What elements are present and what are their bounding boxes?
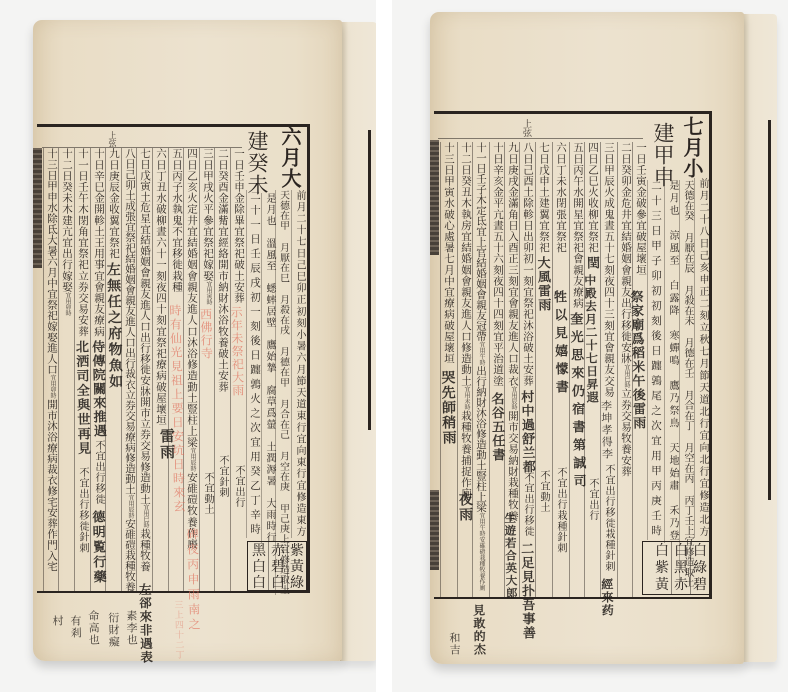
frame-bottom-rule xyxy=(434,597,712,599)
day-entry-note: 宜用辰時 xyxy=(127,495,134,519)
left-photo-panel: 六月大 建癸未 上弦 前月二十七日己巳卯正初刻小暑六月節天道東行宜向東行宜修造東… xyxy=(0,0,376,692)
nine-star-cell: 紫 xyxy=(655,560,669,576)
day-column-6: 六日丁丑水破柳晝六十一刻夜四十刻宜祭祀療病破屋壞垣 xyxy=(152,148,168,591)
month-title: 六月大 xyxy=(278,126,302,189)
nine-star-column: 赤 碧 白 xyxy=(268,542,287,590)
next-page-frame-line xyxy=(368,130,371,430)
day-entry-text: 十一日壬子木定氐宜上官結婚姻會親友冠帶 xyxy=(475,142,487,342)
next-page-frame-line xyxy=(768,120,771,500)
nine-star-cell: 碧 xyxy=(693,577,707,593)
nine-star-cell: 白 xyxy=(674,543,688,559)
day-column-3: 三日甲辰火成鬼晝五十七刻夜四十三刻宜會親友交易 不宜出行移徙栽種針刺 xyxy=(600,142,616,597)
day-entry-text: 九日庚戌金滿角日入酉正三刻宜會親友進人口裁衣 xyxy=(507,142,519,386)
day-entry-text: 十日辛亥金平亢晝五十六刻夜四十四刻宜平治道塗 xyxy=(492,142,504,386)
handwritten-annotation: 閏 xyxy=(584,256,599,270)
sun-entry-column: 二十一日壬辰戌初一刻後日躔鶉火之次宜用癸乙丁辛時 xyxy=(246,190,261,538)
day-entry: 十一日壬子木定氐宜上官結婚姻會親友冠帶宜用午時出行納財沐浴修造動土豎柱上梁宜用午… xyxy=(474,142,488,591)
day-entry: 十一日壬午木閉角宜祭祀立券交易安葬 xyxy=(76,148,89,337)
handwritten-annotation: 哭先師稍雨 xyxy=(439,370,457,445)
handwritten-annotation: 有剎 xyxy=(68,615,83,639)
day-avoid-text: 不宜出行移徙 xyxy=(521,472,534,537)
next-page-edge xyxy=(742,14,777,662)
handwritten-annotation: 大風雷雨 xyxy=(534,256,550,312)
day-entry-text: 八日己酉土除軫日出卯初一刻宜祭祀沐浴破土安葬 xyxy=(522,142,534,386)
nine-star-cell: 黑 xyxy=(252,543,266,559)
solar-term-column: 前月二十七日己巳卯正初刻小暑六月節天道東行宜向東行宜修造東方 xyxy=(291,190,306,538)
nine-star-grid: 紫 黃 綠 赤 碧 白 黑 白 白 xyxy=(247,541,307,591)
frame-right-rule xyxy=(709,111,712,599)
nine-star-cell: 赤 xyxy=(674,577,688,593)
day-entry-continuation: 栽種牧養捕捉作廁 xyxy=(460,410,472,499)
moon-phase-label: 上弦 xyxy=(108,131,117,147)
handwritten-annotation: 素李也 xyxy=(124,610,140,646)
day-entry-note: 宜用辰時 xyxy=(510,386,517,410)
handwritten-annotation: 見敢的杰 xyxy=(470,604,486,656)
nine-star-cell: 白 xyxy=(693,543,707,559)
day-entry-continuation: 開市交易納財栽種牧養 xyxy=(507,410,519,521)
day-entry-continuation: 開市沐浴療病裁衣修宅安葬作門入宅 xyxy=(46,399,58,572)
day-column-8: 八日己酉土除軫日出卯初一刻宜祭祀沐浴破土安葬 不宜出行移徙 xyxy=(519,142,535,597)
day-column-11: 十一日壬子木定氐宜上官結婚姻會親友冠帶宜用午時出行納財沐浴修造動土豎柱上梁宜用午… xyxy=(472,142,488,597)
nine-star-column: 白 綠 碧 xyxy=(690,542,709,594)
day-entry-text: 二日癸酉金滿觜宜經絡開市納財沐浴牧養破土安葬 xyxy=(217,148,229,392)
nine-star-grid: 白 綠 碧 白 黑 赤 白 紫 黃 xyxy=(642,541,710,595)
day-avoid-text: 不宜動土 xyxy=(201,472,214,515)
day-entry-note: 宜用巳時 xyxy=(142,504,149,528)
day-entry-continuation: 出行納財沐浴修造動土豎柱上梁 xyxy=(475,366,487,513)
handwritten-annotation: 北洒司全與世再見 xyxy=(73,340,90,456)
handwritten-annotation: 衍財癡 xyxy=(106,612,122,648)
nine-star-cell: 黃 xyxy=(655,577,669,593)
handwritten-annotation: 侍傳院關來推遇 xyxy=(89,340,106,438)
day-entry: 六日丁未水閉張宜祭祀 xyxy=(554,142,567,253)
day-entry: 九日庚戌金滿角日入酉正三刻宜會親友進人口裁衣宜用辰時開市交易納財栽種牧養 xyxy=(506,142,520,521)
nine-star-cell: 白 xyxy=(252,559,266,575)
day-entry: 十日辛巳金開軫土王用事宜會親友療病 xyxy=(92,148,105,337)
day-entry-text: 十三日甲寅水破心處暑七月中宜療病破屋壞垣 xyxy=(443,142,455,364)
nine-star-cell: 白 xyxy=(252,575,266,591)
day-entry: 十二日癸丑木執房宜結婚姻會親友進人口修造動土宜用未時栽種牧養捕捉作廁 xyxy=(459,142,473,499)
nine-star-cell: 黃 xyxy=(290,559,304,575)
day-entry-text: 三日甲辰火成鬼晝五十七刻夜四十三刻宜會親友交易 xyxy=(603,142,615,397)
day-column-12: 十二日癸未木建亢宜出行嫁娶宜用卯時 xyxy=(58,148,74,591)
day-entry-note: 宜用寅時 xyxy=(205,281,212,305)
day-entry: 一日壬寅金破參宜破屋壞垣 xyxy=(634,142,647,275)
day-entry-text: 八日己卯土成張宜祭祀結婚姻會親友進人口出行裁衣立券交易療病修造動土 xyxy=(124,148,136,495)
day-entry-text: 三日甲戌火平參宜祭祀嫁娶 xyxy=(202,148,214,281)
nine-star-cell: 碧 xyxy=(271,559,285,575)
day-entry-text: 六日丁丑水破柳晝六十一刻夜四十刻宜祭祀療病破屋壞垣 xyxy=(155,148,167,426)
day-entry-text: 一日壬寅金破參宜破屋壞垣 xyxy=(635,142,647,275)
handwritten-annotation: 名谷五任書 xyxy=(488,392,504,462)
handwritten-annotation: 李坤孝得李 xyxy=(599,400,613,460)
day-entry: 三日甲戌火平參宜祭祀嫁娶宜用寅時 xyxy=(201,148,215,305)
day-avoid-text: 不宜動土 xyxy=(537,470,550,513)
spirits-column: 天德在癸 月厭在辰 月殺在未 月德在壬 月合在丁 月空在丙 丙丁壬上宜修造取土 xyxy=(679,180,694,588)
day-avoid-text: 不宜出行移徙栽種針刺 xyxy=(602,464,615,572)
frame-right-rule xyxy=(307,124,310,593)
day-entry: 五日丙子水執鬼不宜移徙栽種 xyxy=(170,148,183,292)
day-column-13: 十三日甲申水除氐大暑六月中宜祭祀嫁娶進人口宜用卯時開市沐浴療病裁衣修宅安葬作門入… xyxy=(43,148,59,591)
handwritten-annotation: 雷雨 xyxy=(158,428,176,460)
month-pillar: 建癸未 xyxy=(244,130,270,196)
day-entry: 十日辛亥金平亢晝五十六刻夜四十四刻宜平治道塗 xyxy=(491,142,504,386)
nine-star-cell: 黑 xyxy=(674,560,688,576)
day-entry-text: 七日戊寅土危星宜結婚姻會親友進人口出行移徙安牀開市立券交易修造動土 xyxy=(139,148,151,504)
day-entry: 二日癸酉金滿觜宜經絡開市納財沐浴牧養破土安葬 xyxy=(216,148,229,392)
handwritten-annotation: 中殿去月二十七日昇遐 xyxy=(583,274,600,404)
day-entry-note: 宜用未時 xyxy=(463,386,470,410)
day-avoid-text: 不宜出行栽種針刺 xyxy=(554,467,567,553)
day-entry-note: 宜用午時安碓磑栽種牧養作廁 xyxy=(478,513,485,591)
binding-edge xyxy=(33,148,42,268)
month-title: 七月小 xyxy=(680,116,704,179)
handwritten-annotation: 經來药 xyxy=(600,578,615,617)
day-entry-text: 十一日壬午木閉角宜祭祀立券交易安葬 xyxy=(77,148,89,337)
handwritten-annotation: 牲以見嬉懞書 xyxy=(551,290,568,398)
day-entry: 十二日癸未木建亢宜出行嫁娶宜用卯時 xyxy=(60,148,74,316)
day-entry-note: 宜用卯時 xyxy=(64,292,71,316)
solar-term-column: 前月二十八日己亥申正二刻立秋七月節天道北行宜向北行宜修造北方 xyxy=(694,178,709,538)
day-entry-continuation: 栽種牧養 xyxy=(139,528,151,571)
day-entry-text: 十日辛巳金開軫土王用事宜會親友療病 xyxy=(93,148,105,337)
day-entry: 七日戊申土建翼宜祭祀 xyxy=(537,142,550,253)
day-column-7: 七日戊寅土危星宜結婚姻會親友進人口出行移徙安牀開市立券交易修造動土宜用巳時栽種牧… xyxy=(136,148,152,591)
day-avoid-text: 不宜出行 xyxy=(232,465,245,508)
sun-entry-column: 二十三日甲子卯初初刻後日躔鶉尾之次宜用甲丙庚壬時 xyxy=(647,180,662,540)
day-avoid-text: 不宜出行移徙 xyxy=(92,440,105,505)
day-entry: 四日乙亥火定井宜結婚姻會親友進人口沐浴修造動土豎柱上梁宜用辰時安碓磑牧養作廄 xyxy=(185,148,199,549)
nine-star-cell: 紫 xyxy=(290,543,304,559)
day-column-2: 二日癸酉金滿觜宜經絡開市納財沐浴牧養破土安葬 不宜針刺 xyxy=(214,148,230,591)
day-entry: 四日乙巳火收柳宜祭祀 xyxy=(586,142,599,253)
day-entry: 三日甲辰火成鬼晝五十七刻夜四十三刻宜會親友交易 xyxy=(602,142,615,397)
right-photo-panel: 七月小 建甲申 上弦 前月二十八日己亥申正二刻立秋七月節天道北行宜向北行宜修造北… xyxy=(392,0,788,692)
day-column-12: 十二日癸丑木執房宜結婚姻會親友進人口修造動土宜用未時栽種牧養捕捉作廁 xyxy=(457,142,473,597)
day-column-7: 七日戊申土建翼宜祭祀 不宜動土 xyxy=(535,142,551,597)
day-entry-text: 七日戊申土建翼宜祭祀 xyxy=(538,142,550,253)
day-entry-note: 宜用辰時 xyxy=(189,448,196,472)
day-entry: 八日己卯土成張宜祭祀結婚姻會親友進人口出行裁衣立券交易療病修造動土宜用辰時安碓磑… xyxy=(123,148,137,592)
nine-star-column: 黑 白 白 xyxy=(250,542,268,590)
moon-phase-label: 上弦 xyxy=(521,119,531,137)
day-entry-text: 六日丁未水閉張宜祭祀 xyxy=(555,142,567,253)
handwritten-annotation: 示年未祭祀大雨 xyxy=(229,306,245,397)
day-entry-text: 四日乙巳火收柳宜祭祀 xyxy=(587,142,599,253)
handwritten-annotation: 二足見扑吾事善 xyxy=(518,542,535,640)
handwritten-annotation: 夜雨 xyxy=(457,492,473,522)
nine-star-cell: 綠 xyxy=(693,560,707,576)
day-entry-text: 十二日癸丑木執房宜結婚姻會親友進人口修造動土 xyxy=(460,142,472,386)
day-avoid-text: 不宜出行 xyxy=(586,478,599,521)
day-entry: 六日丁丑水破柳晝六十一刻夜四十刻宜祭祀療病破屋壞垣 xyxy=(154,148,167,426)
day-area-top-rule xyxy=(438,138,643,139)
phenology-column: 是月也 涼風至 白露降 寒蟬鳴 鷹乃祭鳥 天地始肅 禾乃登 xyxy=(664,180,679,543)
handwritten-annotation: 三上四十二丁 xyxy=(171,600,183,660)
nine-star-column: 紫 黃 綠 xyxy=(287,542,306,590)
day-entry-continuation: 安碓磑栽種牧養 xyxy=(124,519,136,593)
handwritten-annotation: 村中過舒兰都 xyxy=(518,390,535,474)
handwritten-annotation: 左郤來非遇表 xyxy=(137,583,154,664)
nine-star-cell: 白 xyxy=(271,575,285,591)
day-avoid-text: 不宜針刺 xyxy=(216,455,229,498)
month-pillar: 建甲申 xyxy=(650,122,676,188)
day-column-8: 八日己卯土成張宜祭祀結婚姻會親友進人口出行裁衣立券交易療病修造動土宜用辰時安碓磑… xyxy=(121,148,137,591)
day-entry: 八日己酉土除軫日出卯初一刻宜祭祀沐浴破土安葬 xyxy=(521,142,534,386)
nine-star-cell: 綠 xyxy=(290,575,304,591)
day-entry-text: 四日乙亥火定井宜結婚姻會親友進人口沐浴修造動土豎柱上梁 xyxy=(186,148,198,448)
handwritten-annotation: 村 xyxy=(50,615,65,627)
binding-edge xyxy=(430,490,439,570)
spirits-column: 天德在甲 月厭在巳 月殺在戌 月德在甲 月合在己 月空在庚 甲己庚上宜修造取土 xyxy=(275,190,290,595)
handwritten-annotation: 西佛行寺 xyxy=(198,308,213,360)
nine-star-column: 白 紫 黃 xyxy=(653,542,671,594)
nine-star-cell: 白 xyxy=(655,543,669,559)
day-entry-text: 九日庚辰金收翼宜祭祀 xyxy=(108,148,120,259)
handwritten-annotation: 碑夜丙申雨南之 xyxy=(185,528,201,633)
handwritten-annotation: 祭家廟爲稻米午後雷雨 xyxy=(628,290,646,430)
handwritten-annotation: 德明覧行藥 xyxy=(89,510,106,585)
day-entry: 十三日甲寅水破心處暑七月中宜療病破屋壞垣 xyxy=(442,142,455,364)
day-entry-note: 宜用卯時 xyxy=(49,375,56,399)
day-entry: 十三日甲申水除氐大暑六月中宜祭祀嫁娶進人口宜用卯時開市沐浴療病裁衣修宅安葬作門入… xyxy=(45,148,59,572)
nine-star-column: 白 黑 赤 xyxy=(671,542,690,594)
day-entry: 一日壬申金除畢宜祭祀破土安葬 xyxy=(232,148,245,303)
day-entry-text: 十二日癸未木建亢宜出行嫁娶 xyxy=(61,148,73,292)
frame-top-rule xyxy=(37,124,310,127)
day-column-3: 三日甲戌火平參宜祭祀嫁娶宜用寅時 不宜動土 xyxy=(199,148,215,591)
binding-edge xyxy=(430,140,439,255)
frame-bottom-rule xyxy=(37,591,310,593)
handwritten-annotation: 生遊若合英大郎 xyxy=(503,512,519,600)
handwritten-annotation: 左無任之府物魚如 xyxy=(105,262,123,390)
nine-star-cell: 赤 xyxy=(271,543,285,559)
day-entry-note: 宜用午時 xyxy=(478,342,485,366)
day-entry: 九日庚辰金收翼宜祭祀 xyxy=(107,148,120,259)
day-column-4: 四日乙亥火定井宜結婚姻會親友進人口沐浴修造動土豎柱上梁宜用辰時安碓磑牧養作廄 xyxy=(183,148,199,591)
day-entry: 七日戊寅土危星宜結婚姻會親友進人口出行移徙安牀開市立券交易修造動土宜用巳時栽種牧… xyxy=(138,148,152,572)
day-entry-text: 十三日甲申水除氐大暑六月中宜祭祀嫁娶進人口 xyxy=(46,148,58,375)
handwritten-annotation: 命高也 xyxy=(86,610,102,646)
day-entry-text: 五日丙子水執鬼不宜移徙栽種 xyxy=(171,148,183,292)
frame-top-rule xyxy=(434,111,712,114)
day-avoid-text: 不宜出行移徙針刺 xyxy=(76,467,89,553)
handwritten-annotation: 和吉 xyxy=(447,632,462,656)
day-entry-text: 一日壬申金除畢宜祭祀破土安葬 xyxy=(233,148,245,303)
phenology-column: 是月也 溫風至 蟋蟀居壁 鷹始摯 腐草爲螢 土潤溽暑 大雨時行 xyxy=(261,193,276,543)
